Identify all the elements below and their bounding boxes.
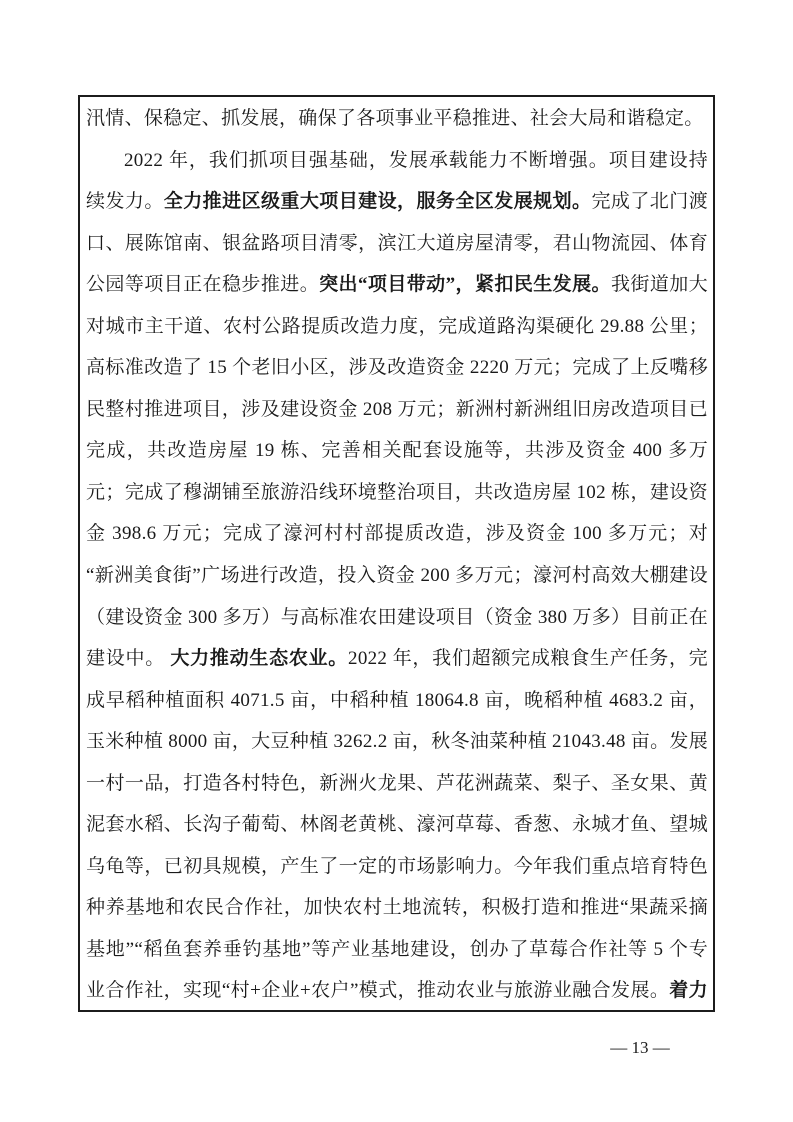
page-number: — 13 — — [594, 1036, 686, 1060]
text-segment: 我街道加大对城市主干道、农村公路提质改造力度，完成道路沟渠硬化 29.88 公里… — [86, 274, 708, 669]
document-page: 汛情、保稳定、抓发展，确保了各项事业平稳推进、社会大局和谐稳定。2022 年，我… — [0, 0, 793, 1122]
emphasis-text-segment: 大力推动生态农业。 — [170, 648, 348, 669]
text-segment: 2022 年，我们超额完成粮食生产任务，完成早稻种植面积 4071.5 亩，中稻… — [86, 648, 708, 1001]
paragraph: 2022 年，我们抓项目强基础，发展承载能力不断增强。项目建设持续发力。全力推进… — [86, 140, 708, 1012]
emphasis-text-segment: 全力推进区级重大项目建设，服务全区发展规划。 — [164, 191, 592, 212]
document-text-frame: 汛情、保稳定、抓发展，确保了各项事业平稳推进、社会大局和谐稳定。2022 年，我… — [78, 95, 715, 1012]
paragraph: 汛情、保稳定、抓发展，确保了各项事业平稳推进、社会大局和谐稳定。 — [86, 98, 708, 140]
emphasis-text-segment: 突出“项目带动”，紧扣民生发展。 — [319, 274, 611, 295]
text-segment: 汛情、保稳定、抓发展，确保了各项事业平稳推进、社会大局和谐稳定。 — [86, 108, 704, 129]
